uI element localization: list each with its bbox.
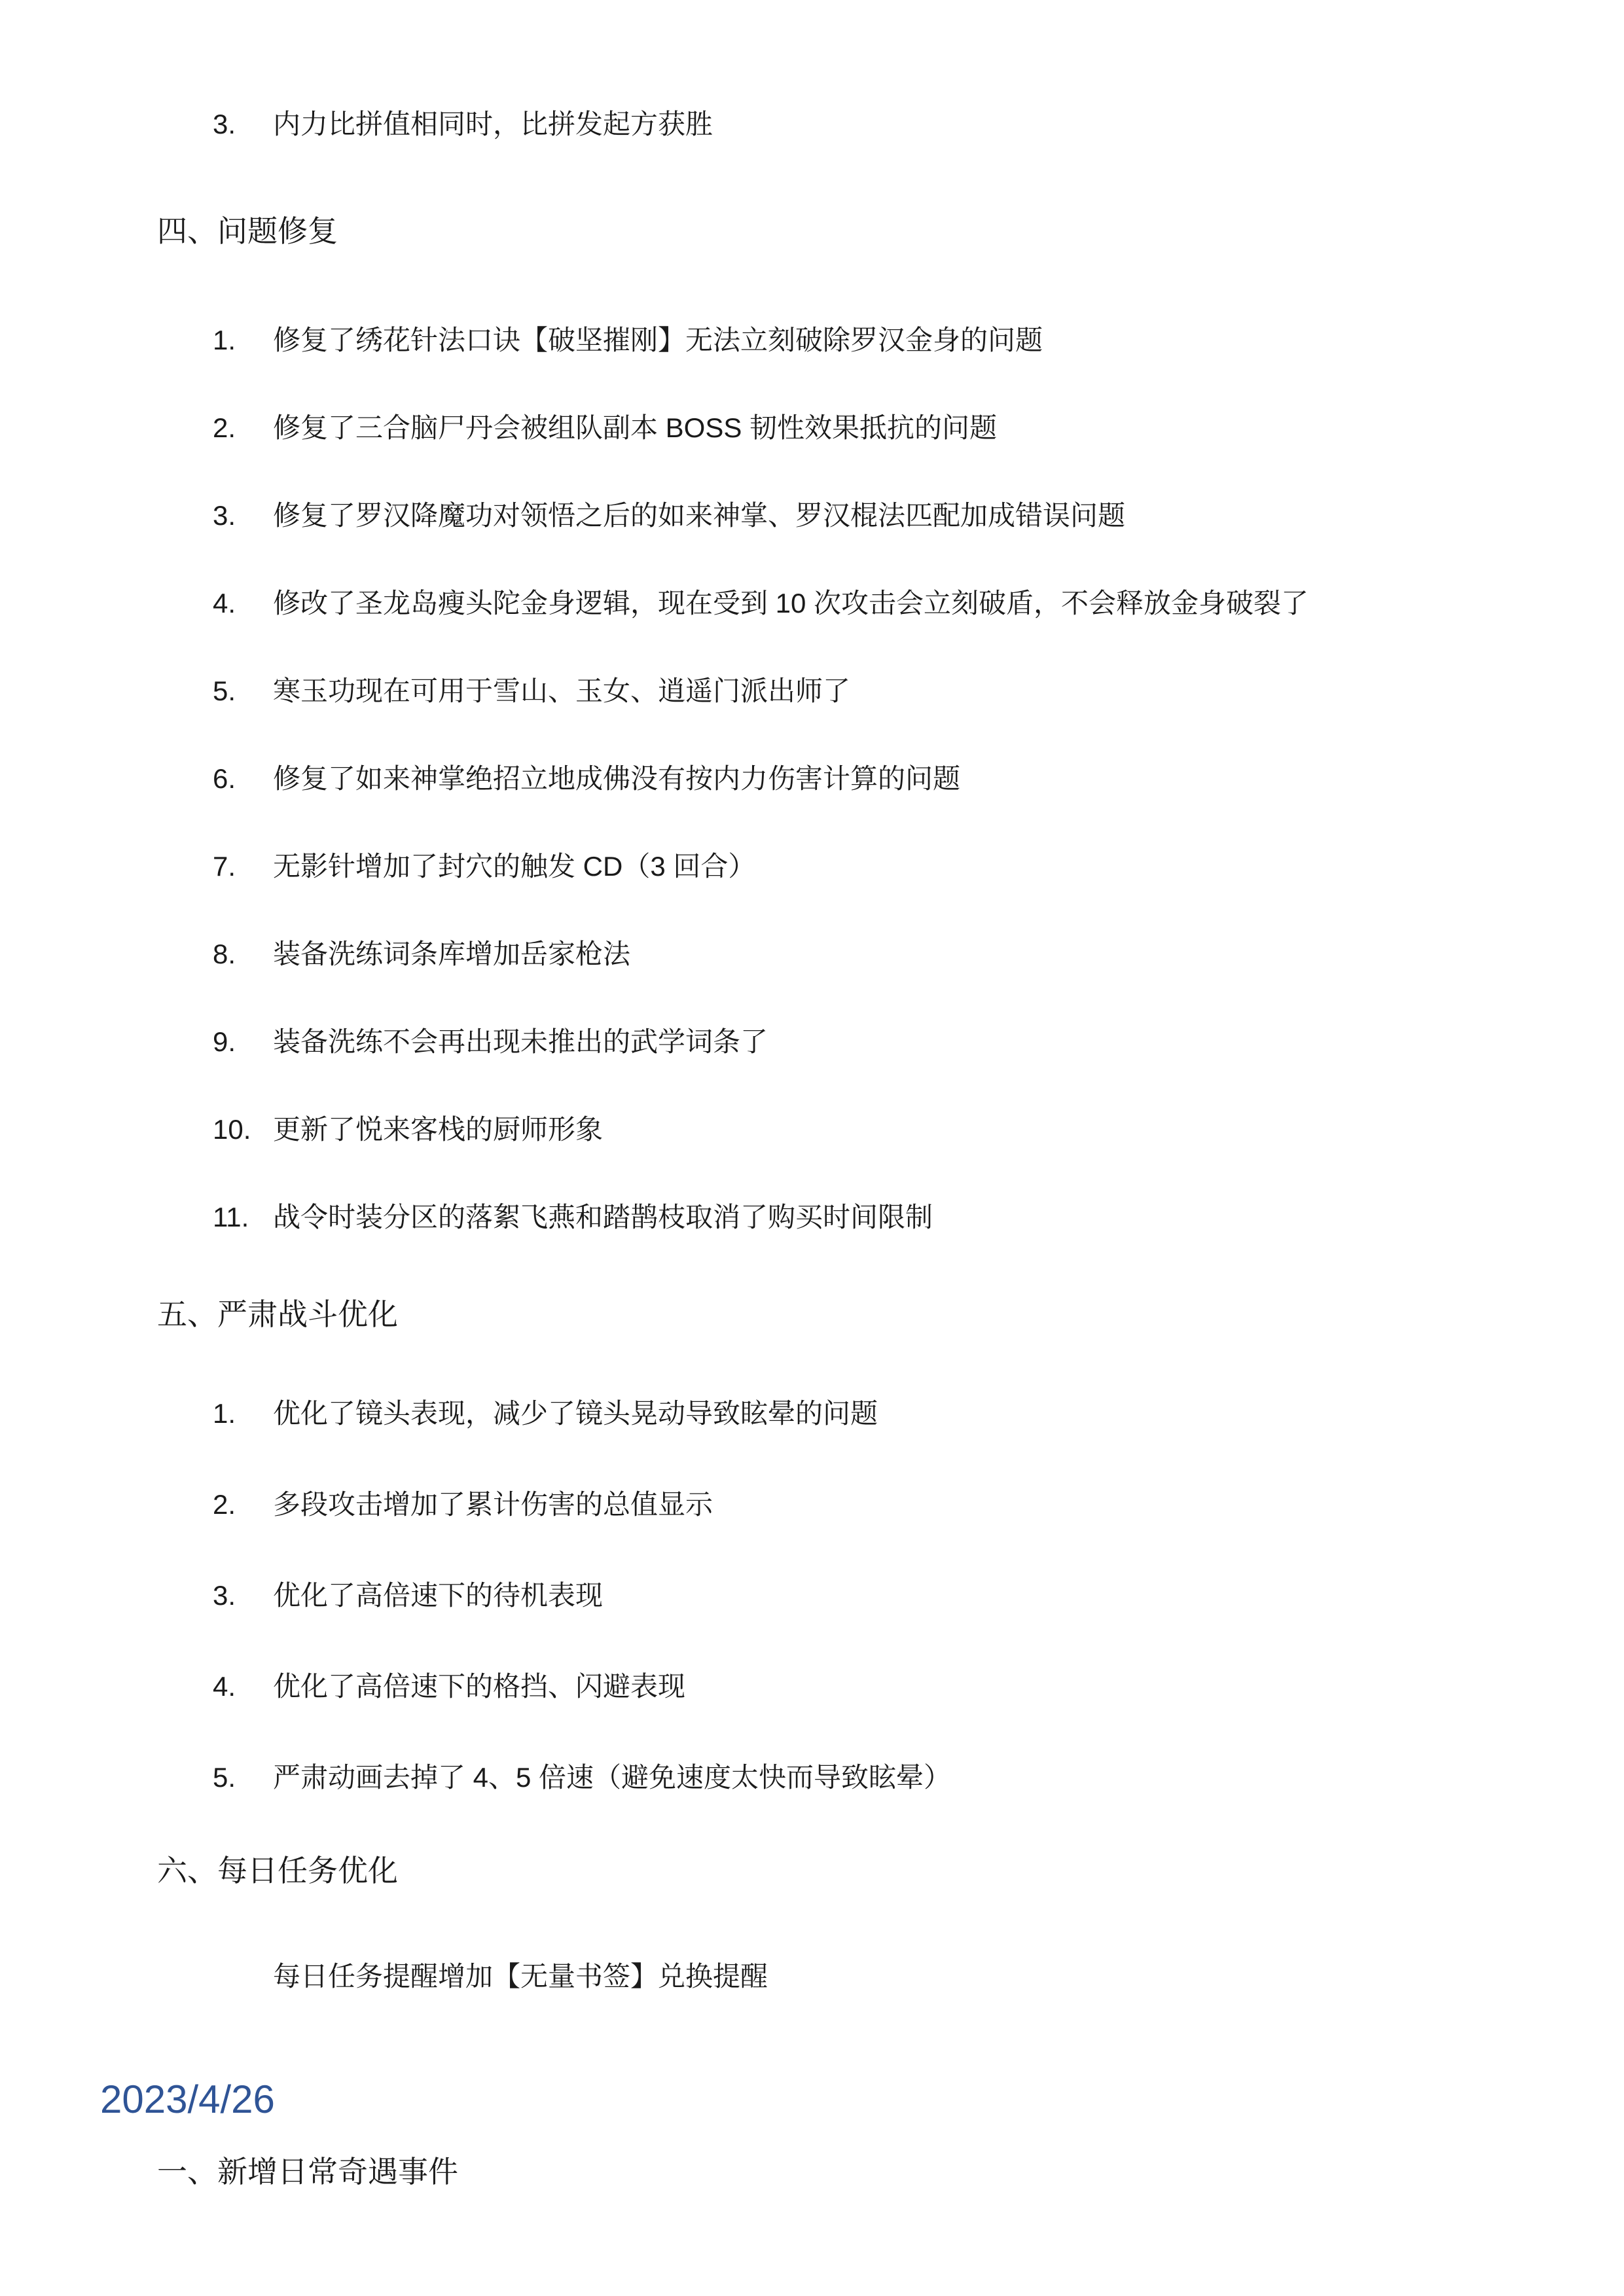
paragraph: 每日任务提醒增加【无量书签】兑换提醒 xyxy=(273,1960,1624,1993)
list-item-number: 4. xyxy=(213,587,273,620)
list-item-text: 战令时装分区的落絮飞燕和踏鹊枝取消了购买时间限制 xyxy=(273,1202,933,1232)
list-item-number: 3. xyxy=(213,1579,273,1612)
list-item: 11.战令时装分区的落絮飞燕和踏鹊枝取消了购买时间限制 xyxy=(213,1201,1624,1234)
list-item-number: 4. xyxy=(213,1670,273,1703)
list-item: 3.优化了高倍速下的待机表现 xyxy=(213,1579,1624,1612)
list-item-number: 8. xyxy=(213,938,273,971)
list-item-number: 3. xyxy=(213,499,273,532)
list-item-text: 优化了高倍速下的格挡、闪避表现 xyxy=(273,1671,685,1702)
list-item: 8.装备洗练词条库增加岳家枪法 xyxy=(213,938,1624,971)
list-item-text: 修复了如来神掌绝招立地成佛没有按内力伤害计算的问题 xyxy=(273,763,960,794)
list-item: 6.修复了如来神掌绝招立地成佛没有按内力伤害计算的问题 xyxy=(213,762,1624,795)
list-item: 10.更新了悦来客栈的厨师形象 xyxy=(213,1113,1624,1146)
list-item: 1.修复了绣花针法口诀【破坚摧刚】无法立刻破除罗汉金身的问题 xyxy=(213,324,1624,357)
list-item: 3.内力比拼值相同时，比拼发起方获胜 xyxy=(213,108,1624,141)
list-item-number: 1. xyxy=(213,324,273,357)
list-item-text: 优化了高倍速下的待机表现 xyxy=(273,1580,603,1611)
list-item-number: 6. xyxy=(213,762,273,795)
list-item-number: 10. xyxy=(213,1113,273,1146)
list-item-number: 5. xyxy=(213,675,273,708)
list-item-number: 3. xyxy=(213,108,273,141)
list-item-text: 修复了三合脑尸丹会被组队副本 BOSS 韧性效果抵抗的问题 xyxy=(273,412,997,443)
list-item-text: 严肃动画去掉了 4、5 倍速（避免速度太快而导致眩晕） xyxy=(273,1762,951,1793)
list-item: 5.寒玉功现在可用于雪山、玉女、逍遥门派出师了 xyxy=(213,675,1624,708)
list-item: 3.修复了罗汉降魔功对领悟之后的如来神掌、罗汉棍法匹配加成错误问题 xyxy=(213,499,1624,532)
section-heading: 四、问题修复 xyxy=(157,213,1624,249)
list-item-text: 修复了绣花针法口诀【破坚摧刚】无法立刻破除罗汉金身的问题 xyxy=(273,325,1043,355)
list-item-number: 2. xyxy=(213,1488,273,1521)
list-item: 2.修复了三合脑尸丹会被组队副本 BOSS 韧性效果抵抗的问题 xyxy=(213,412,1624,444)
list-item-text: 内力比拼值相同时，比拼发起方获胜 xyxy=(273,109,713,139)
changelog-document-page: 3.内力比拼值相同时，比拼发起方获胜 四、问题修复 1.修复了绣花针法口诀【破坚… xyxy=(0,0,1624,2190)
section-heading: 六、每日任务优化 xyxy=(157,1852,1624,1889)
list-item: 9.装备洗练不会再出现未推出的武学词条了 xyxy=(213,1026,1624,1058)
section-bug-fixes: 四、问题修复 1.修复了绣花针法口诀【破坚摧刚】无法立刻破除罗汉金身的问题 2.… xyxy=(0,213,1624,1234)
list-item-number: 7. xyxy=(213,850,273,883)
list-item: 5.严肃动画去掉了 4、5 倍速（避免速度太快而导致眩晕） xyxy=(213,1761,1624,1794)
section-heading: 一、新增日常奇遇事件 xyxy=(157,2153,1624,2190)
list-item: 1.优化了镜头表现，减少了镜头晃动导致眩晕的问题 xyxy=(213,1397,1624,1430)
list-item-text: 修改了圣龙岛瘦头陀金身逻辑，现在受到 10 次攻击会立刻破盾，不会释放金身破裂了 xyxy=(273,588,1308,619)
list-item-text: 寒玉功现在可用于雪山、玉女、逍遥门派出师了 xyxy=(273,675,850,706)
list-item-number: 11. xyxy=(213,1201,273,1234)
section-daily-task-optimization: 六、每日任务优化 每日任务提醒增加【无量书签】兑换提醒 xyxy=(0,1852,1624,1993)
list-item: 4.修改了圣龙岛瘦头陀金身逻辑，现在受到 10 次攻击会立刻破盾，不会释放金身破… xyxy=(213,587,1624,620)
list-item-text: 多段攻击增加了累计伤害的总值显示 xyxy=(273,1489,713,1520)
date-heading: 2023/4/26 xyxy=(100,2076,1624,2123)
list-item-text: 修复了罗汉降魔功对领悟之后的如来神掌、罗汉棍法匹配加成错误问题 xyxy=(273,500,1125,531)
list-item-number: 9. xyxy=(213,1026,273,1058)
list-item: 4.优化了高倍速下的格挡、闪避表现 xyxy=(213,1670,1624,1703)
list-item: 7.无影针增加了封穴的触发 CD（3 回合） xyxy=(213,850,1624,883)
list-item: 2.多段攻击增加了累计伤害的总值显示 xyxy=(213,1488,1624,1521)
list-item-number: 5. xyxy=(213,1761,273,1794)
list-item-text: 装备洗练不会再出现未推出的武学词条了 xyxy=(273,1026,768,1057)
list-item-number: 1. xyxy=(213,1397,273,1430)
list-item-text: 无影针增加了封穴的触发 CD（3 回合） xyxy=(273,851,755,882)
section-heading: 五、严肃战斗优化 xyxy=(157,1296,1624,1333)
list-item-number: 2. xyxy=(213,412,273,444)
list-item-text: 装备洗练词条库增加岳家枪法 xyxy=(273,939,630,969)
list-item-text: 更新了悦来客栈的厨师形象 xyxy=(273,1114,603,1145)
section-combat-optimization: 五、严肃战斗优化 1.优化了镜头表现，减少了镜头晃动导致眩晕的问题 2.多段攻击… xyxy=(0,1296,1624,1794)
list-item-text: 优化了镜头表现，减少了镜头晃动导致眩晕的问题 xyxy=(273,1398,878,1429)
